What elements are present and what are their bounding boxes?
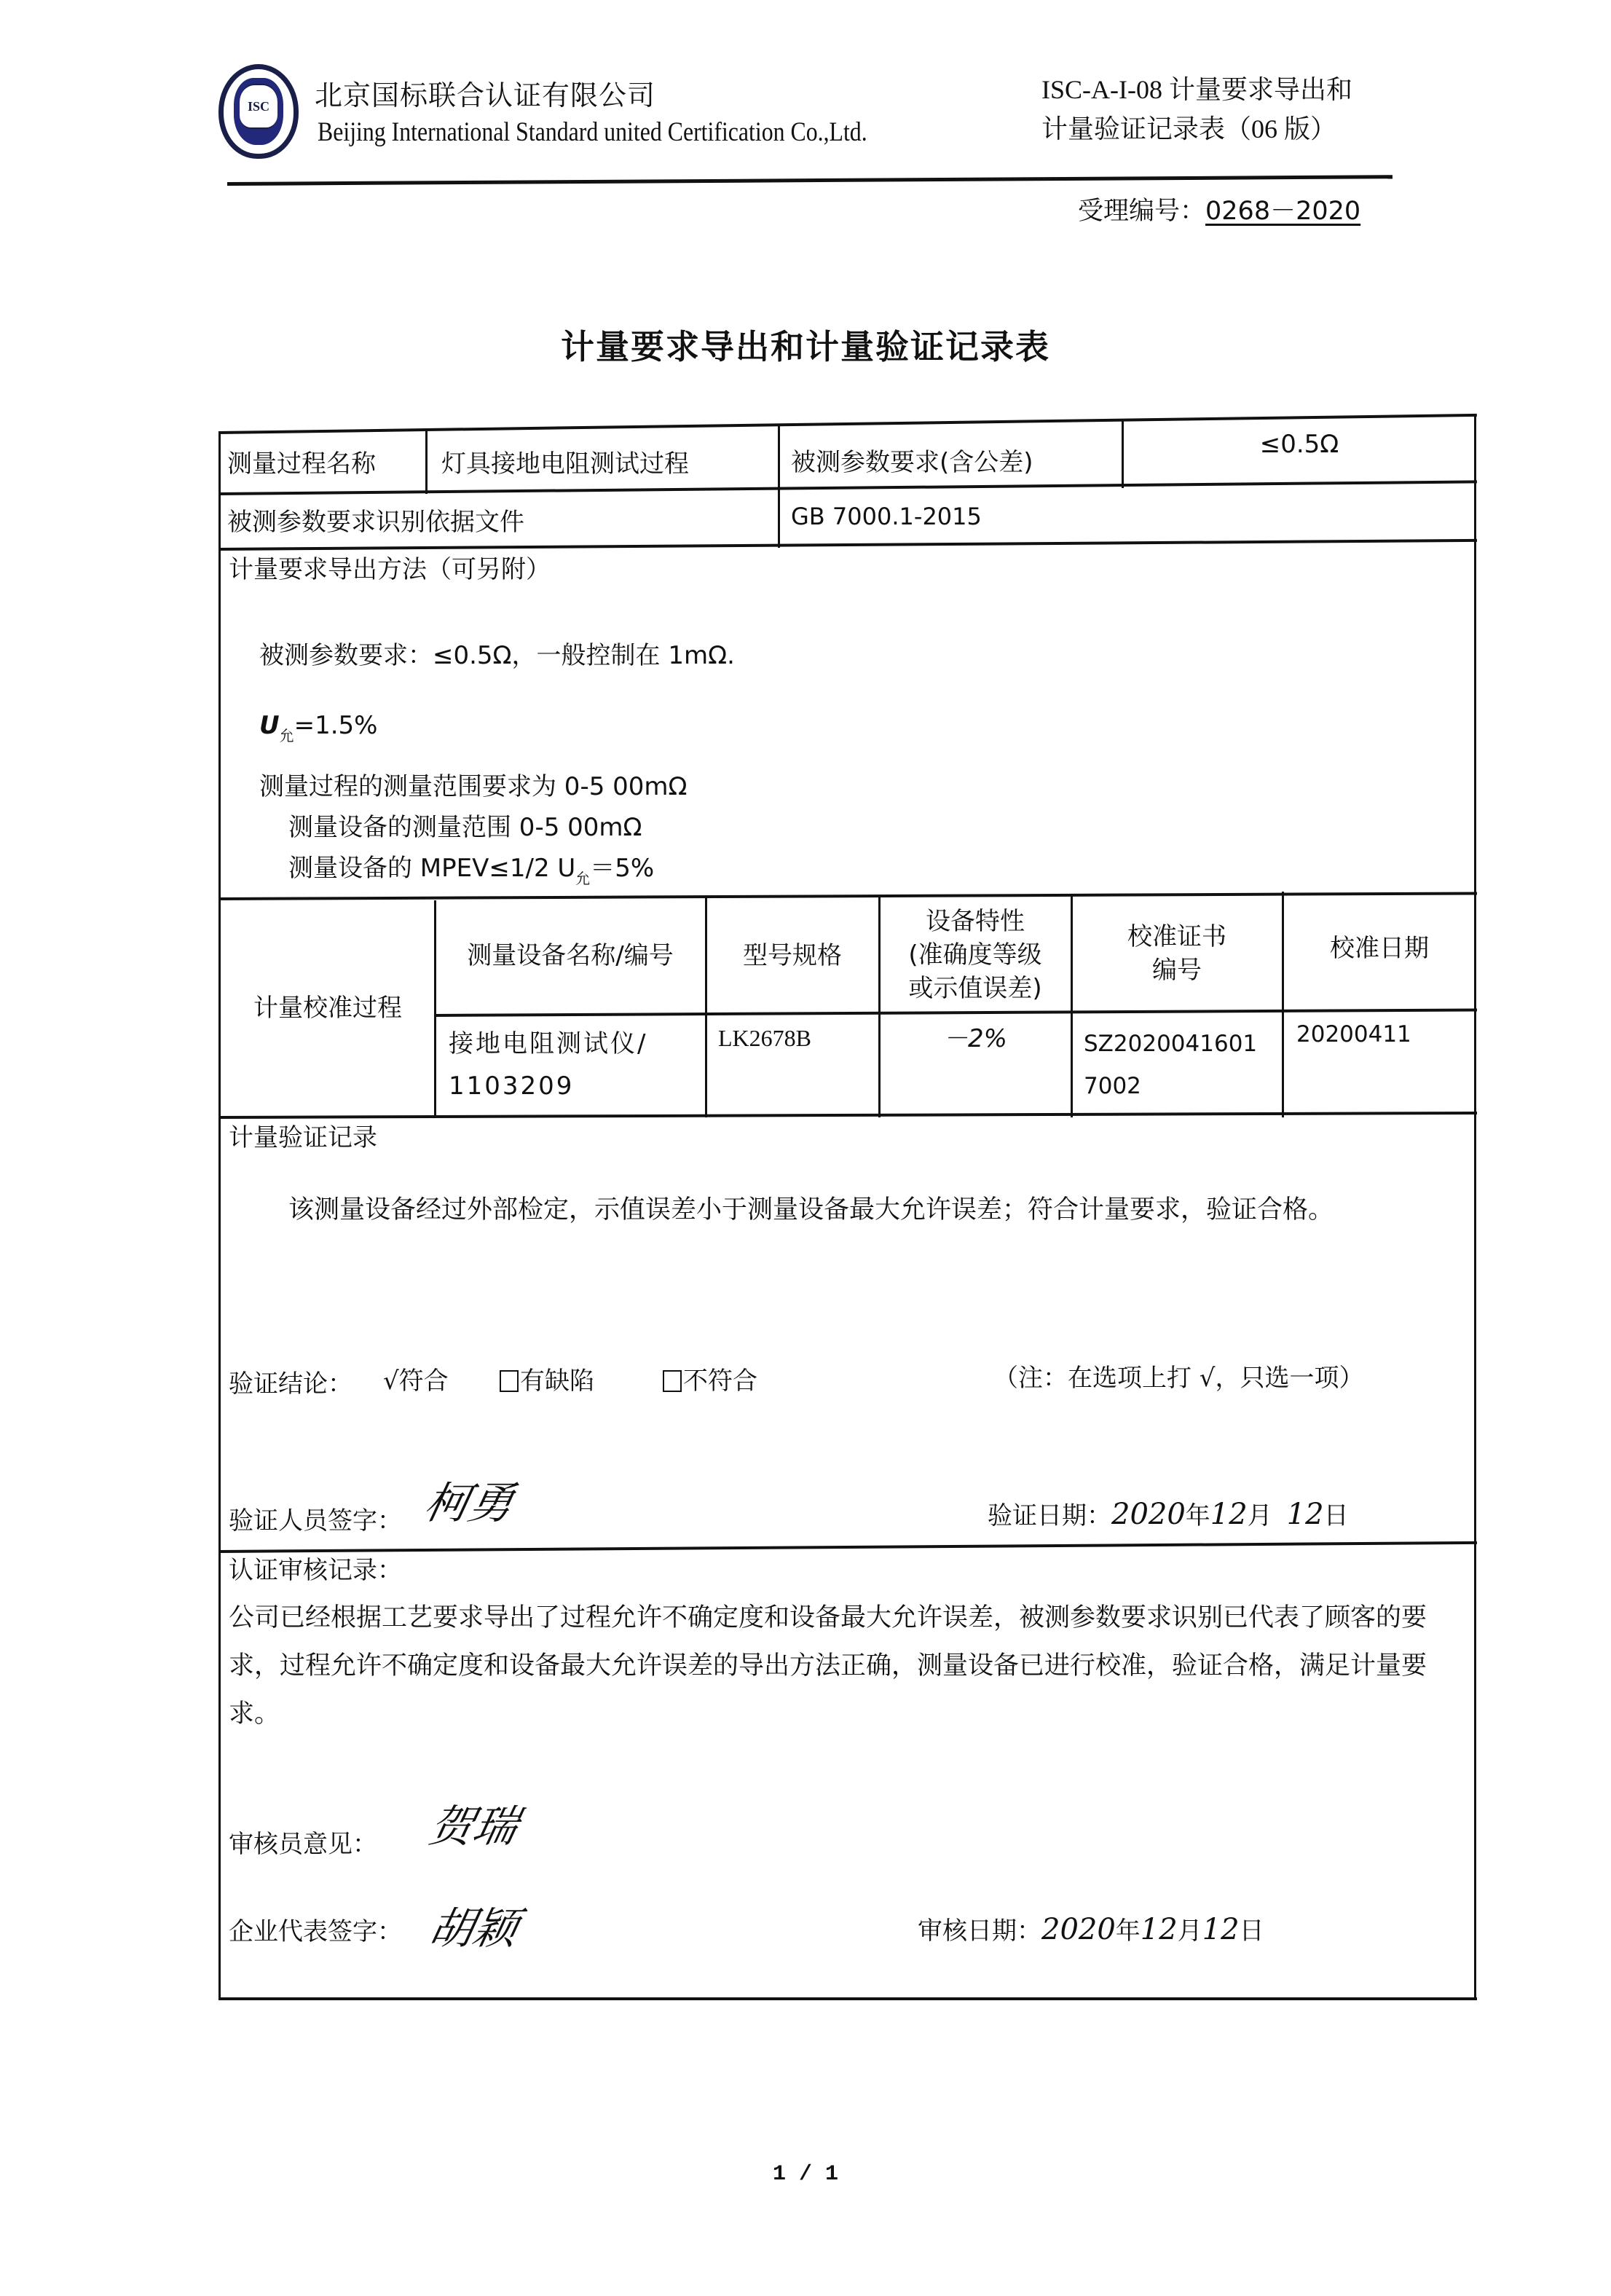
divider [705,897,707,1117]
form-code: ISC-A-I-08 计量要求导出和 计量验证记录表（06 版） [1041,70,1352,149]
u-subscript: 允 [280,727,294,744]
verification-text: 该测量设备经过外部检定，示值误差小于测量设备最大允许误差；符合计量要求，验证合格… [288,1193,1334,1227]
process-name-value: 灯具接地电阻测试过程 [441,436,776,494]
param-req-value: ≤0.5Ω [1124,428,1474,472]
date-unit: 日 [1240,1916,1264,1946]
derivation-line-mpev: 测量设备的 MPEV≤1/2 U允＝5% [288,852,654,889]
header-divider [227,175,1393,186]
option-defective[interactable]: 有缺陷 [500,1365,594,1399]
audit-label: 认证审核记录： [229,1554,402,1588]
date-day: 12 [1202,1913,1240,1946]
mpev-suffix: ＝5% [590,854,654,883]
conclusion-label: 验证结论： [229,1369,352,1399]
u-symbol: U [259,711,280,740]
auditor-opinion-label: 审核员意见： [229,1828,377,1862]
logo-text: ISC [240,84,277,129]
rep-signature-label: 企业代表签字： [229,1916,402,1949]
date-unit: 月 [1248,1501,1272,1530]
cell-certificate: SZ2020041601 7002 [1084,1023,1257,1107]
mpev-subscript: 允 [575,870,590,887]
derivation-line-process-range: 测量过程的测量范围要求为 0-5 00mΩ [259,771,688,804]
date-year: 2020 [1111,1498,1186,1531]
option-nonconform[interactable]: 不符合 [663,1365,757,1399]
date-month: 12 [1210,1498,1248,1531]
record-table: 测量过程名称 灯具接地电阻测试过程 被测参数要求(含公差) ≤0.5Ω 被测参数… [218,414,1477,2002]
form-code-line1: ISC-A-I-08 计量要求导出和 [1041,70,1352,109]
rep-signature: 胡颖 [430,1900,517,1959]
acceptance-label: 受理编号： [1078,197,1205,226]
option-label: 不符合 [683,1367,757,1396]
divider [778,424,780,548]
company-logo: ISC [218,64,299,159]
cell-device: 接地电阻测试仪/ 1103209 [449,1023,702,1107]
form-code-line2: 计量验证记录表（06 版） [1041,109,1352,149]
option-label: 有缺陷 [520,1367,594,1396]
verifier-signature: 柯勇 [425,1474,513,1533]
audit-text: 公司已经根据工艺要求导出了过程允许不确定度和设备最大允许误差，被测参数要求识别已… [229,1594,1467,1738]
signature-text: 胡颖 [423,1900,523,1959]
basis-doc-value: GB 7000.1-2015 [791,495,1446,539]
selection-note: （注：在选项上打 √，只选一项） [993,1362,1363,1396]
acceptance-number: 受理编号：0268－2020 [1078,191,1360,227]
row-divider [218,1541,1477,1553]
verifier-signature-label: 验证人员签字： [229,1505,402,1538]
option-conform[interactable]: √符合 [383,1365,449,1399]
signature-text: 贺瑞 [423,1798,523,1857]
cell-characteristic: －2% [881,1023,1069,1056]
verification-date: 验证日期：2020年12月12日 [988,1495,1349,1534]
derivation-label: 计量要求导出方法（可另附） [229,554,551,587]
signature-text: 柯勇 [419,1474,519,1533]
divider [434,900,436,1117]
cell-date: 20200411 [1296,1020,1411,1050]
derivation-line-param: 被测参数要求：≤0.5Ω，一般控制在 1mΩ. [259,640,735,673]
basis-doc-label: 被测参数要求识别依据文件 [227,500,766,546]
date-year: 2020 [1041,1913,1116,1946]
col-header-device: 测量设备名称/编号 [437,900,704,1013]
table-border-right [1474,414,1476,1999]
date-unit: 年 [1116,1916,1141,1946]
checkbox-icon [663,1370,682,1392]
verification-label: 计量验证记录 [229,1122,377,1155]
date-month: 12 [1141,1913,1178,1946]
u-value: =1.5% [294,711,378,740]
divider [1122,421,1124,488]
divider [425,428,428,494]
verification-conclusion: 验证结论： √符合 有缺陷 不符合 （注：在选项上打 √，只选一项） [229,1368,1467,1401]
cell-model: LK2678B [718,1023,811,1054]
company-name-en: Beijing International Standard united Ce… [318,117,867,148]
date-unit: 年 [1186,1501,1210,1530]
table-border-bottom [218,1997,1477,2000]
divider [878,896,881,1117]
option-label: 符合 [399,1367,449,1396]
col-header-characteristic: 设备特性 (准确度等级 或示值误差) [881,897,1069,1014]
document-title: 计量要求导出和计量验证记录表 [0,321,1611,369]
mpev-prefix: 测量设备的 MPEV≤1/2 U [288,854,575,883]
date-unit: 月 [1178,1916,1202,1946]
calibration-label: 计量校准过程 [223,900,433,1117]
col-header-certificate: 校准证书 编号 [1074,896,1280,1013]
company-name-cn: 北京国标联合认证有限公司 [315,73,655,113]
date-unit: 日 [1324,1501,1349,1530]
col-header-model: 型号规格 [708,900,877,1013]
audit-date: 审核日期：2020年12月12日 [918,1910,1264,1949]
date-label: 审核日期： [918,1916,1041,1946]
checkbox-icon [500,1370,519,1392]
derivation-line-device-range: 测量设备的测量范围 0-5 00mΩ [288,811,642,845]
page-number: 1 / 1 [0,2162,1611,2187]
date-label: 验证日期： [988,1501,1111,1530]
date-day: 12 [1287,1498,1324,1531]
divider [1071,895,1073,1117]
col-header-date: 校准日期 [1285,895,1474,1004]
acceptance-value: 0268－2020 [1205,197,1360,226]
divider [1282,892,1284,1117]
check-mark-icon: √ [383,1367,399,1396]
process-name-label: 测量过程名称 [227,436,424,494]
derivation-line-uncertainty: U允=1.5% [259,709,377,746]
auditor-signature: 贺瑞 [430,1798,517,1857]
table-border-left [218,431,221,1999]
